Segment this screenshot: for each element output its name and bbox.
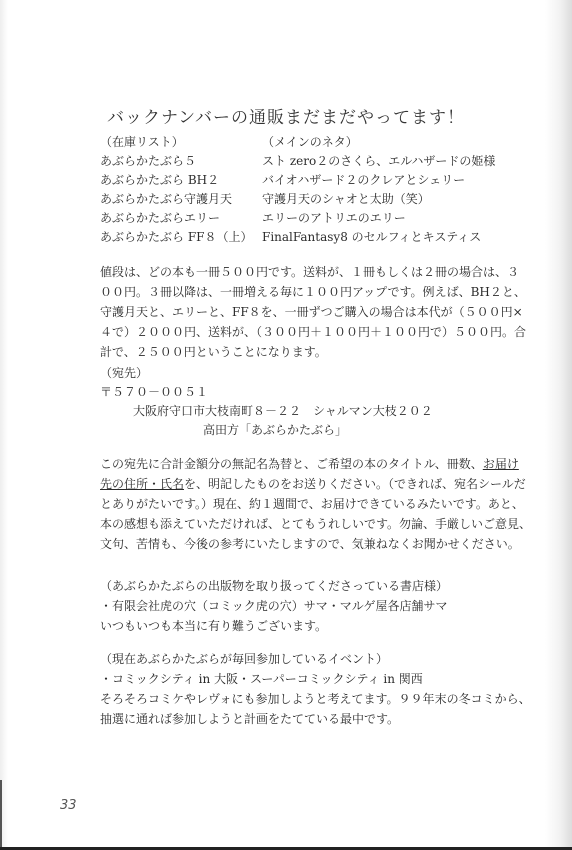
page-number: 33 (60, 798, 77, 813)
order-underlined-text: お届け (483, 457, 519, 471)
stock-item-book: あぶらかたぶら BH２ (100, 170, 219, 190)
stock-item-topic: バイオハザード２のクレアとシェリー (262, 170, 465, 190)
shops-header: （あぶらかたぶらの出版物を取り扱ってくださっている書店様） (100, 576, 515, 596)
events-section: （現在あぶらかたぶらが毎回参加しているイベント） ・コミックシティ in 大阪・… (100, 649, 515, 729)
stock-item-topic: FinalFantasy8 のセルフィとキスティス (262, 227, 481, 247)
events-line: そろそろコミケやレヴォにも参加しようと考えてます。９９年末の冬コミから、 (100, 689, 515, 709)
events-header: （現在あぶらかたぶらが毎回参加しているイベント） (100, 649, 515, 669)
page-title: バックナンバーの通販まだまだやってます！ (0, 103, 572, 128)
order-line: 文句、苦情も、今後の参考にいたしますので、気兼ねなくお聞かせください。 (100, 534, 515, 554)
page-edge-left (0, 780, 2, 850)
order-paragraph: この宛先に合計金額分の無記名為替と、ご希望の本のタイトル、冊数、お届け 先の住所… (100, 454, 515, 554)
price-line: ４で）２０００円、送料が、（３００円＋１００円＋１００円で）５００円。合 (100, 322, 515, 342)
events-line: 抽選に通れば参加しようと計画をたてている最中です。 (100, 709, 515, 729)
stock-list-header: （在庫リスト） (100, 132, 184, 152)
address-street: 大阪府守口市大枝南町８－２２ シャルマン大枝２０２ (133, 401, 433, 421)
price-line: 守護月天と、エリーと、FF８を、一冊ずつご購入の場合は本代が（５００円× (100, 302, 515, 322)
price-line: 計で、２５００円ということになります。 (100, 342, 515, 362)
address-recipient: 高田方「あぶらかたぶら」 (203, 420, 347, 440)
stock-item-topic: スト zero２のさくら、エルハザードの姫様 (262, 151, 495, 171)
shops-thanks: いつもいつも本当に有り難うございます。 (100, 616, 515, 636)
stock-item-book: あぶらかたぶらエリー (100, 208, 220, 228)
stock-item-book: あぶらかたぶら守護月天 (100, 189, 232, 209)
order-underlined-text: 先の住所・氏名 (100, 477, 184, 491)
price-line: 値段は、どの本も一冊５００円です。送料が、１冊もしくは２冊の場合は、３ (100, 262, 515, 282)
address-header: （宛先） (100, 363, 148, 383)
order-text: この宛先に合計金額分の無記名為替と、ご希望の本のタイトル、冊数、 (100, 457, 483, 471)
address-zip: 〒５７０－００５１ (100, 382, 208, 402)
price-line: ００円。３冊以降は、一冊増える毎に１００円アップです。例えば、BH２と、 (100, 282, 515, 302)
shops-line: ・有限会社虎の穴（コミック虎の穴）サマ・マルゲ屋各店舗サマ (100, 596, 515, 616)
stock-item-topic: 守護月天のシャオと太助（笑） (262, 189, 430, 209)
shops-section: （あぶらかたぶらの出版物を取り扱ってくださっている書店様） ・有限会社虎の穴（コ… (100, 576, 515, 636)
topic-header: （メインのネタ） (262, 132, 358, 152)
stock-item-topic: エリーのアトリエのエリー (262, 208, 406, 228)
price-paragraph: 値段は、どの本も一冊５００円です。送料が、１冊もしくは２冊の場合は、３ ００円。… (100, 262, 515, 362)
order-line: とありがたいです。）現在、約１週間で、お届けできているみたいです。あと、 (100, 494, 515, 514)
stock-item-book: あぶらかたぶら FF８（上） (100, 227, 252, 247)
events-line: ・コミックシティ in 大阪・スーパーコミックシティ in 関西 (100, 669, 515, 689)
order-line: 本の感想も添えていただければ、とてもうれしいです。勿論、手厳しいご意見、 (100, 514, 515, 534)
order-text: を、明記したものをお送りください。（できれば、宛名シールだ (184, 477, 526, 491)
stock-item-book: あぶらかたぶら５ (100, 151, 196, 171)
